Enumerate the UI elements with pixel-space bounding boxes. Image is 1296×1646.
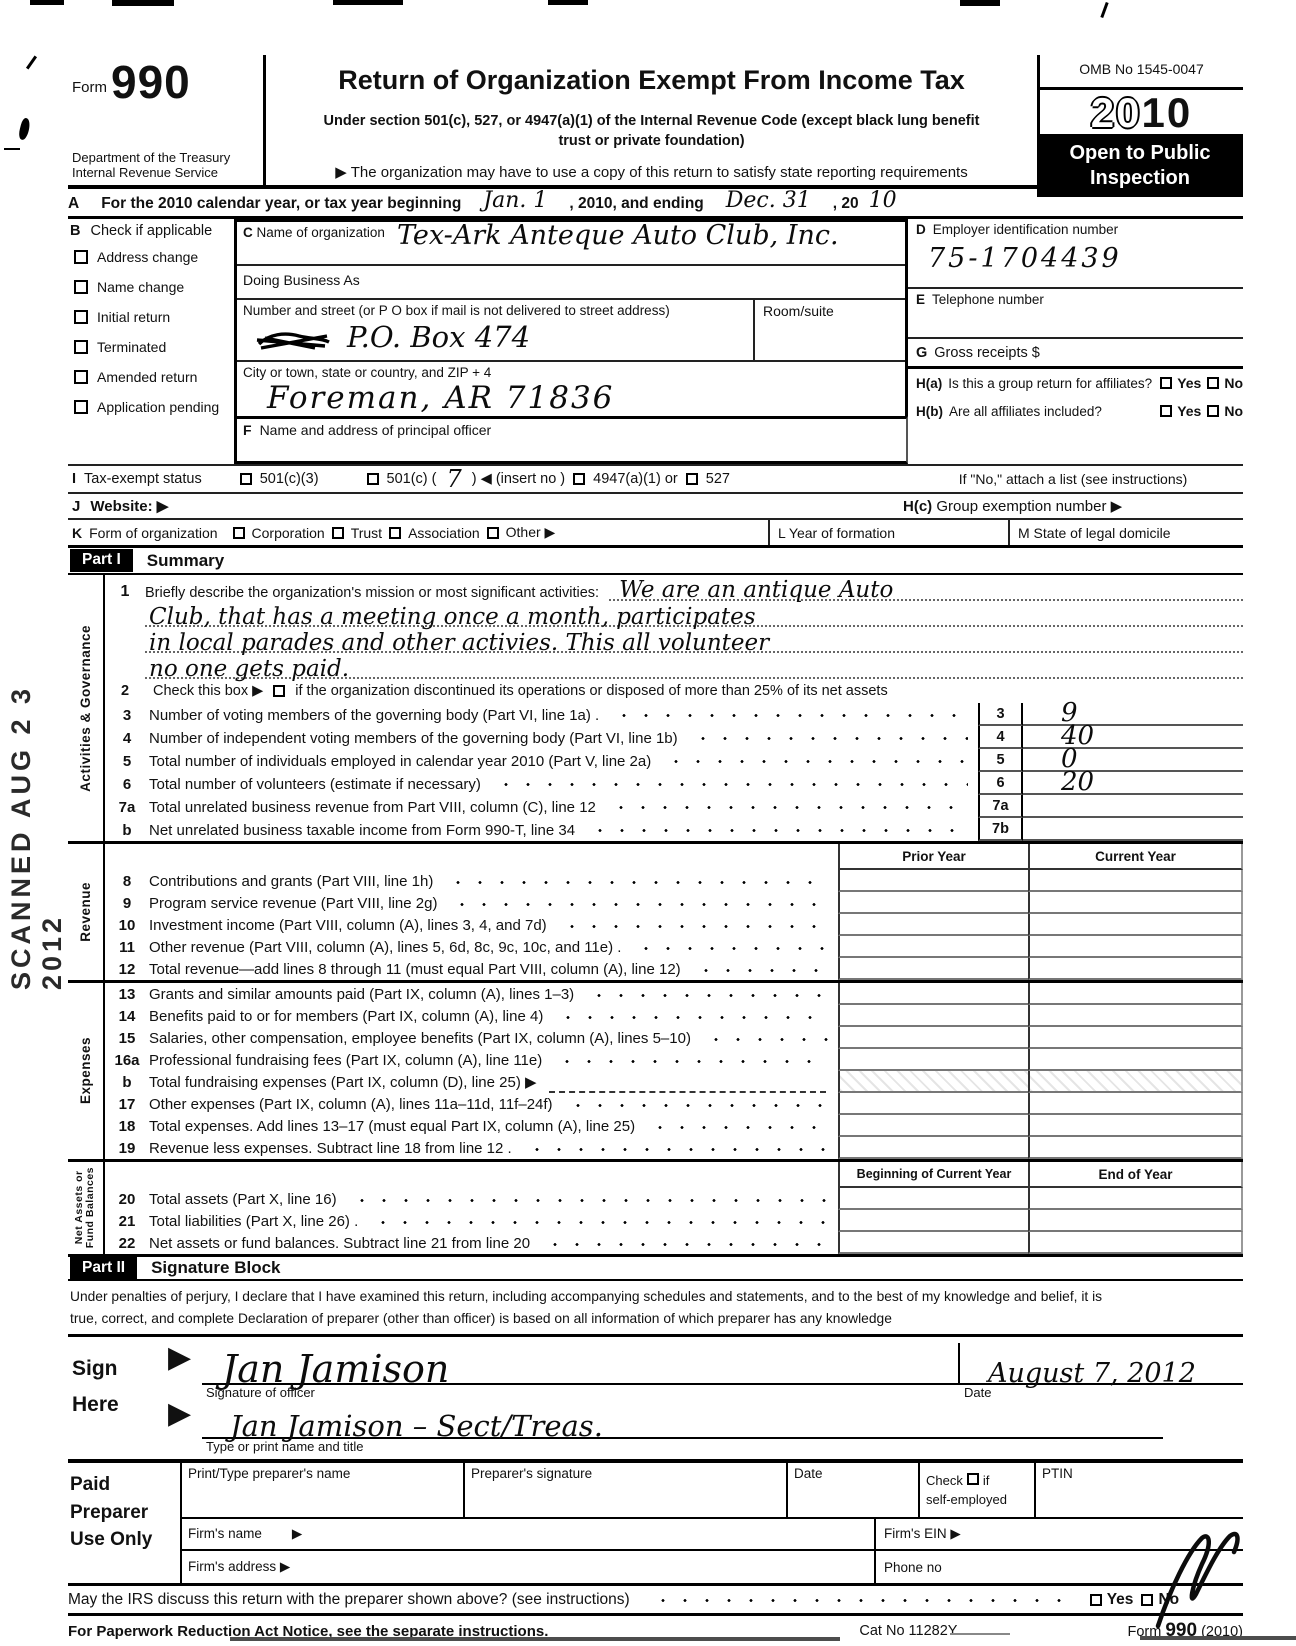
state-reporting-note: ▶ The organization may have to use a cop… — [276, 163, 1027, 183]
summary-row-16b: bTotal fundraising expenses (Part IX, co… — [105, 1071, 1243, 1093]
sign-here-block: Sign Here ▶ ▶ Jan Jamison August 7, 2012… — [68, 1337, 1243, 1463]
summary-row-15: 15Salaries, other compensation, employee… — [105, 1027, 1243, 1049]
typed-name-value: Jan Jamison – Sect/Treas. — [230, 1409, 603, 1443]
summary-row-22: 22Net assets or fund balances. Subtract … — [105, 1232, 1243, 1254]
scan-artifact — [230, 1637, 840, 1641]
address-change-option[interactable]: Address change — [74, 249, 230, 265]
ha-yes-checkbox[interactable] — [1160, 377, 1172, 389]
summary-row-20: 20Total assets (Part X, line 16) — [105, 1188, 1243, 1210]
line6-value: 20 — [1023, 772, 1243, 795]
self-employed-checkbox[interactable] — [967, 1473, 979, 1485]
form-word: Form — [72, 79, 107, 102]
hb-yes-checkbox[interactable] — [1160, 405, 1172, 417]
application-pending-option[interactable]: Application pending — [74, 399, 230, 415]
website-row: JWebsite: ▶ H(c) Group exemption number … — [68, 494, 1243, 520]
perjury-statement: Under penalties of perjury, I declare th… — [68, 1281, 1243, 1337]
form-subtitle: Under section 501(c), 527, or 4947(a)(1)… — [276, 112, 1027, 151]
summary-row-13: 13Grants and similar amounts paid (Part … — [105, 983, 1243, 1005]
terminated-option[interactable]: Terminated — [74, 339, 230, 355]
hb-affiliates-included: H(b) Are all affiliates included? Yes No — [908, 397, 1243, 425]
part1-tab: Part I — [70, 549, 133, 572]
officer-signature-field: Jan Jamison — [202, 1343, 958, 1385]
identification-section: BCheck if applicable Address change Name… — [68, 219, 1243, 464]
form-990-page: SCANNED AUG 2 3 2012 Form 990 Department… — [0, 0, 1296, 1646]
org-name-label: Name of organization — [257, 225, 385, 240]
irs-discuss-yes-option[interactable]: Yes — [1090, 1591, 1134, 1609]
crossed-out-text-scribble — [255, 326, 333, 352]
irs-discuss-yes-checkbox[interactable] — [1090, 1594, 1102, 1606]
revenue-side-label: Revenue — [78, 882, 93, 942]
scan-artifact — [1140, 1636, 1296, 1640]
summary-row-10: 10Investment income (Part VIII, column (… — [105, 914, 1243, 936]
self-employed-field: Check if self-employed — [920, 1463, 1036, 1517]
summary-row-19: 19Revenue less expenses. Subtract line 1… — [105, 1137, 1243, 1159]
line7a-value — [1023, 795, 1243, 818]
summary-row-12: 12Total revenue—add lines 8 through 11 (… — [105, 958, 1243, 980]
hc-group-exemption: H(c) Group exemption number ▶ — [903, 497, 1122, 515]
arrow-icon: ▶ — [168, 1343, 191, 1373]
open-to-public-badge: Open to Public Inspection — [1037, 137, 1243, 197]
year-of-formation-field: L Year of formation — [768, 520, 1008, 545]
name-change-checkbox[interactable] — [74, 280, 88, 294]
form-of-organization-row: K Form of organization Corporation Trust… — [68, 520, 1243, 548]
summary-row-7a: 7a Total unrelated business revenue from… — [105, 795, 1243, 818]
form-number: 990 — [111, 63, 191, 102]
gross-receipts-field: G Gross receipts $ — [908, 339, 1243, 369]
501c3-checkbox[interactable] — [240, 473, 252, 485]
sign-arrows: ▶ ▶ — [168, 1337, 202, 1459]
paid-preparer-block: Paid Preparer Use Only Print/Type prepar… — [68, 1463, 1243, 1586]
org-name-value: Tex-Ark Anteque Auto Club, Inc. — [397, 220, 839, 251]
firm-name-field: Firm's name▶ — [182, 1526, 874, 1542]
ha-no-checkbox[interactable] — [1207, 377, 1219, 389]
scan-artifact — [1100, 2, 1108, 18]
city-field: City or town, state or country, and ZIP … — [237, 362, 905, 416]
ptin-field: PTIN — [1036, 1463, 1243, 1517]
terminated-checkbox[interactable] — [74, 340, 88, 354]
summary-row-8: 8Contributions and grants (Part VIII, li… — [105, 870, 1243, 892]
scan-artifact — [548, 0, 588, 5]
mission-line4: no one gets paid. — [149, 656, 349, 682]
form-title: Return of Organization Exempt From Incom… — [276, 65, 1027, 96]
catalog-number: Cat No 11282Y — [859, 1623, 957, 1639]
officer-signature-value: Jan Jamison — [222, 1347, 449, 1391]
scan-artifact — [112, 0, 174, 6]
name-change-option[interactable]: Name change — [74, 279, 230, 295]
part1-header: Part I Summary — [68, 548, 1243, 575]
signature-date-value: August 7, 2012 — [988, 1358, 1196, 1389]
net-assets-side-label: Net Assets orFund Balances — [74, 1167, 96, 1248]
net-assets-column-headers: Beginning of Current Year End of Year — [105, 1162, 1243, 1188]
discontinued-checkbox[interactable] — [273, 685, 285, 697]
preparer-signature-field: Preparer's signature — [465, 1463, 788, 1517]
ha-yes-option[interactable]: Yes — [1160, 375, 1201, 391]
summary-row-14: 14Benefits paid to or for members (Part … — [105, 1005, 1243, 1027]
summary-row-6: 6 Total number of volunteers (estimate i… — [105, 772, 1243, 795]
page-footer: For Paperwork Reduction Act Notice, see … — [68, 1616, 1243, 1646]
ein-value: 75-1704439 — [928, 243, 1122, 274]
dba-field: Doing Business As — [237, 266, 905, 300]
scan-artifact — [26, 55, 37, 69]
hb-no-checkbox[interactable] — [1207, 405, 1219, 417]
check-if-applicable: BCheck if applicable Address change Name… — [68, 219, 234, 464]
year-column-headers: Prior Year Current Year — [105, 844, 1243, 870]
room-suite-field: Room/suite — [753, 300, 905, 360]
organization-box: C Name of organization Tex-Ark Anteque A… — [234, 219, 908, 416]
line7b-value — [1023, 818, 1243, 841]
hb-note: If "No," attach a list (see instructions… — [903, 471, 1243, 487]
net-assets-section: Net Assets orFund Balances Beginning of … — [68, 1159, 1243, 1254]
address-change-checkbox[interactable] — [74, 250, 88, 264]
telephone-field: E Telephone number — [908, 289, 1243, 339]
hb-no-option[interactable]: No — [1207, 403, 1243, 419]
tax-year-end-value: Dec. 31 — [710, 188, 827, 213]
hb-yes-option[interactable]: Yes — [1160, 403, 1201, 419]
expenses-section: Expenses 13Grants and similar amounts pa… — [68, 980, 1243, 1159]
summary-row-11: 11Other revenue (Part VIII, column (A), … — [105, 936, 1243, 958]
dept-line1: Department of the Treasury — [72, 151, 257, 166]
arrow-icon: ▶ — [168, 1399, 191, 1429]
other-checkbox[interactable] — [487, 527, 499, 539]
tax-year-begin-value: Jan. 1 — [467, 188, 563, 213]
initial-return-checkbox[interactable] — [74, 310, 88, 324]
summary-row-7b: b Net unrelated business taxable income … — [105, 818, 1243, 841]
part2-tab: Part II — [70, 1257, 137, 1280]
dept-line2: Internal Revenue Service — [72, 166, 257, 181]
ha-no-option[interactable]: No — [1207, 375, 1243, 391]
501c-checkbox[interactable] — [367, 473, 379, 485]
state-of-domicile-field: M State of legal domicile — [1008, 520, 1243, 545]
scan-artifact — [960, 0, 1000, 6]
mission-statement: 1 Briefly describe the organization's mi… — [105, 575, 1243, 679]
preparer-name-field: Print/Type preparer's name — [182, 1463, 465, 1517]
scan-artifact — [4, 148, 20, 150]
signature-date-field: August 7, 2012 — [958, 1343, 1243, 1385]
preparer-date-field: Date — [788, 1463, 920, 1517]
firm-address-field: Firm's address ▶ — [182, 1559, 874, 1575]
line3-value: 9 — [1023, 703, 1243, 726]
tax-year-suffix-value: 10 — [865, 188, 901, 213]
4947a1-checkbox[interactable] — [573, 473, 585, 485]
scanned-stamp: SCANNED AUG 2 3 2012 — [6, 640, 68, 990]
city-value: Foreman, AR 71836 — [267, 380, 614, 416]
pen-scribble — [1140, 1530, 1296, 1640]
ein-field: D Employer identification number 75-1704… — [908, 219, 1243, 289]
application-pending-checkbox[interactable] — [74, 400, 88, 414]
governance-side-label: Activities & Governance — [78, 625, 93, 792]
scan-artifact — [333, 0, 403, 5]
summary-row-18: 18Total expenses. Add lines 13–17 (must … — [105, 1115, 1243, 1137]
typed-name-field: Jan Jamison – Sect/Treas. — [202, 1405, 1163, 1439]
governance-section: Activities & Governance 1 Briefly descri… — [68, 575, 1243, 841]
omb-number: OMB No 1545-0047 — [1037, 55, 1243, 87]
street-field: Number and street (or P O box if mail is… — [237, 300, 753, 360]
irs-discuss-row: May the IRS discuss this return with the… — [68, 1586, 1243, 1616]
expenses-side-label: Expenses — [78, 1037, 93, 1104]
line4-value: 40 — [1023, 726, 1243, 749]
initial-return-option[interactable]: Initial return — [74, 309, 230, 325]
527-checkbox[interactable] — [686, 473, 698, 485]
mission-line1: We are an antique Auto — [619, 577, 893, 603]
trust-checkbox[interactable] — [332, 527, 344, 539]
amended-return-checkbox[interactable] — [74, 370, 88, 384]
part2-header: Part II Signature Block — [68, 1254, 1243, 1281]
summary-row-9: 9Program service revenue (Part VIII, lin… — [105, 892, 1243, 914]
scan-artifact — [950, 1633, 1010, 1635]
501c-insert-number: 7 — [447, 465, 462, 493]
right-id-column: D Employer identification number 75-1704… — [908, 219, 1243, 464]
tax-exempt-status-row: I Tax-exempt status 501(c)(3) 501(c) (7)… — [68, 464, 1243, 494]
street-value: P.O. Box 474 — [347, 320, 530, 354]
summary-row-17: 17Other expenses (Part IX, column (A), l… — [105, 1093, 1243, 1115]
amended-return-option[interactable]: Amended return — [74, 369, 230, 385]
tax-year-badge: 2010 — [1037, 87, 1243, 137]
form-header: Form 990 Department of the Treasury Inte… — [68, 55, 1243, 189]
summary-row-21: 21Total liabilities (Part X, line 26) . — [105, 1210, 1243, 1232]
scan-artifact — [30, 0, 64, 5]
principal-officer-field: F Name and address of principal officer — [234, 416, 908, 464]
line5-value: 0 — [1023, 749, 1243, 772]
association-checkbox[interactable] — [389, 527, 401, 539]
summary-row-16a: 16aProfessional fundraising fees (Part I… — [105, 1049, 1243, 1071]
scan-artifact — [17, 117, 31, 141]
corporation-checkbox[interactable] — [233, 527, 245, 539]
ha-group-return: H(a) Is this a group return for affiliat… — [908, 369, 1243, 397]
revenue-section: Revenue Prior Year Current Year 8Contrib… — [68, 841, 1243, 980]
